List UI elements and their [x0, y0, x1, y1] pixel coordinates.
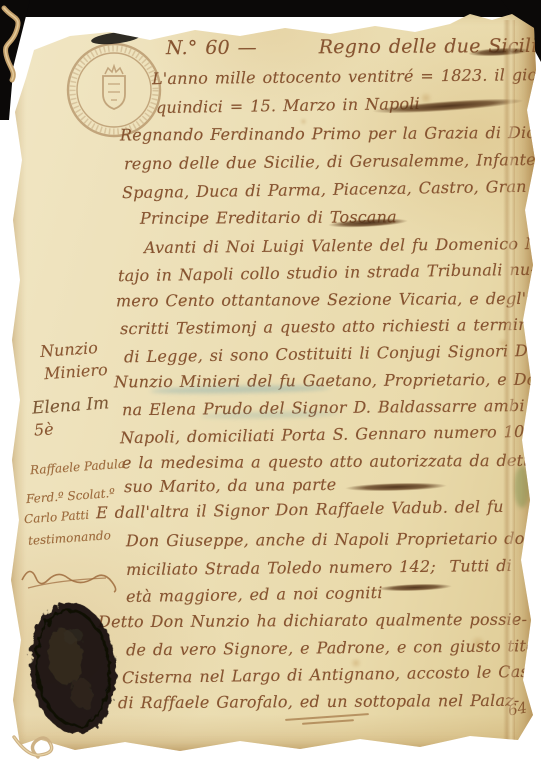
manuscript-page: N.° 60 — Regno delle due Sicilie L'anno … [0, 0, 541, 760]
foxing-spot [498, 338, 508, 348]
margin-note: Raffaele Padula [30, 457, 126, 478]
margin-note: Nunzio [39, 338, 98, 361]
foxing-spot [350, 658, 362, 668]
margin-note: testimonando [28, 528, 112, 548]
margin-signature-flourish [18, 552, 118, 592]
corner-number-mark: 64 [507, 698, 529, 719]
margin-note: Elena Im [31, 393, 109, 418]
foxing-spot [482, 428, 490, 436]
scanned-manuscript-photo: N.° 60 — Regno delle due Sicilie L'anno … [0, 0, 541, 760]
foxing-spot [180, 298, 188, 306]
foxing-spot [420, 92, 432, 104]
foxing-spot [300, 118, 307, 125]
black-ink-oval-stamp [24, 596, 122, 742]
foxing-spot [470, 636, 486, 650]
margin-note: Carlo Patti [24, 508, 90, 527]
binding-twine-bottom-icon [8, 733, 68, 760]
margin-note: Miniero [43, 360, 108, 383]
margin-note: Ferd.º Scolat.º [26, 486, 116, 506]
scan-background-top [0, 0, 541, 17]
green-edge-smudge [514, 466, 530, 508]
margin-note: 5è [33, 419, 54, 439]
